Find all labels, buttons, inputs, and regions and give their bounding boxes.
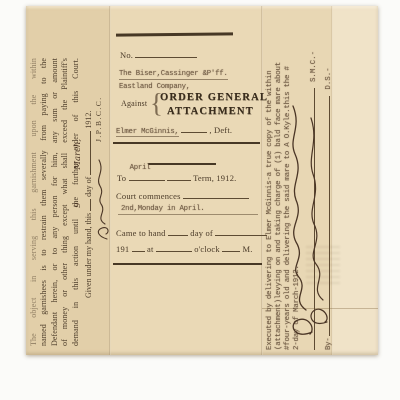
term-month-typed: April <box>130 164 151 172</box>
officer-title-label: J.P.B.C.C. <box>94 96 103 142</box>
scanned-court-document: The object in serving this garnishment u… <box>0 0 400 400</box>
commences-typed: 2nd,Monday in April. <box>121 205 205 213</box>
time-row: 191 at o'clock M. <box>116 243 253 254</box>
case-number-blank <box>135 49 197 58</box>
to-label: To <box>117 173 126 183</box>
plaintiff-name-typed: The Biser,Cassinger &P'ff. <box>119 70 228 80</box>
commences-label: Court commences <box>116 191 181 201</box>
given-under-hand-line: Given under my hand, this 9 day of March… <box>82 58 93 346</box>
defendant-name-typed: Elmer McGinnis, <box>116 128 179 137</box>
against-label: Against <box>121 99 147 108</box>
given-mid: day of <box>84 177 93 197</box>
came-day-blank <box>168 227 188 236</box>
handwritten-signature <box>93 156 113 242</box>
handwritten-signature <box>307 96 333 336</box>
time-oclock: o'clock <box>194 244 220 254</box>
term-label: Term, 191 <box>193 173 230 183</box>
return-line: Executed by delivering to Elmer McGinnis… <box>266 18 275 350</box>
ds-label: D.S.- <box>325 67 333 89</box>
hour-blank <box>156 243 192 252</box>
signature-line <box>317 96 330 336</box>
given-prefix: Given under my hand, this <box>84 213 93 298</box>
form-title-line2: ATTACHMENT <box>167 106 254 117</box>
deft-label: , Deft. <box>209 125 232 135</box>
day-blank: 9 <box>82 199 91 211</box>
time-m: M. <box>242 244 252 254</box>
defendant-blank <box>181 124 207 133</box>
case-number-label: No. <box>120 50 133 60</box>
notice-line: Defendant herein, or to any person for h… <box>50 58 60 346</box>
notice-line: The object in serving this garnishment u… <box>29 58 39 346</box>
time-at: at <box>147 244 154 254</box>
justice-signature-row: J.P.B.C.C. <box>93 58 113 346</box>
month-blank: March, <box>82 131 91 175</box>
term-month-blank: April <box>129 172 165 181</box>
came-mid: day of <box>190 228 213 238</box>
notice-line: named garnishees is to restrain them sev… <box>39 58 49 346</box>
year-blank <box>132 243 145 252</box>
fold-crease-center <box>261 6 263 355</box>
garnishment-notice-block: The object in serving this garnishment u… <box>29 58 109 346</box>
return-line: (attachment)levying on and taking charge… <box>275 18 284 350</box>
case-number-row: No. <box>120 49 197 60</box>
term-year-digit: 2. <box>230 173 237 183</box>
divider-rule <box>113 142 260 144</box>
given-year: 1912. <box>84 111 93 129</box>
commences-underline <box>118 214 258 215</box>
term-row: To April Term, 1912. <box>117 172 236 183</box>
deputy-signature-row: By- D.S.- <box>317 18 332 350</box>
came-month-blank <box>215 227 267 236</box>
ampm-blank <box>222 243 240 252</box>
by-label: By- <box>325 337 333 350</box>
defendant-row: Elmer McGinnis, , Deft. <box>116 124 232 136</box>
commences-row: Court commences <box>116 190 249 201</box>
handwritten-month: March, <box>73 139 83 170</box>
return-of-service-block: Executed by delivering to Elmer McGinnis… <box>266 18 332 350</box>
came-prefix: Came to hand <box>116 228 166 238</box>
notice-line: of money or other thing except what shal… <box>60 58 70 346</box>
form-title-line1: ORDER GENERAL <box>160 92 268 103</box>
short-center-rule <box>148 163 216 165</box>
term-blank <box>167 172 191 181</box>
bottom-rule <box>113 263 262 265</box>
came-to-hand-row: Came to hand day of <box>116 227 267 238</box>
handwritten-day: 9 <box>73 202 83 207</box>
time-prefix: 191 <box>116 244 129 254</box>
commences-blank <box>183 190 249 199</box>
